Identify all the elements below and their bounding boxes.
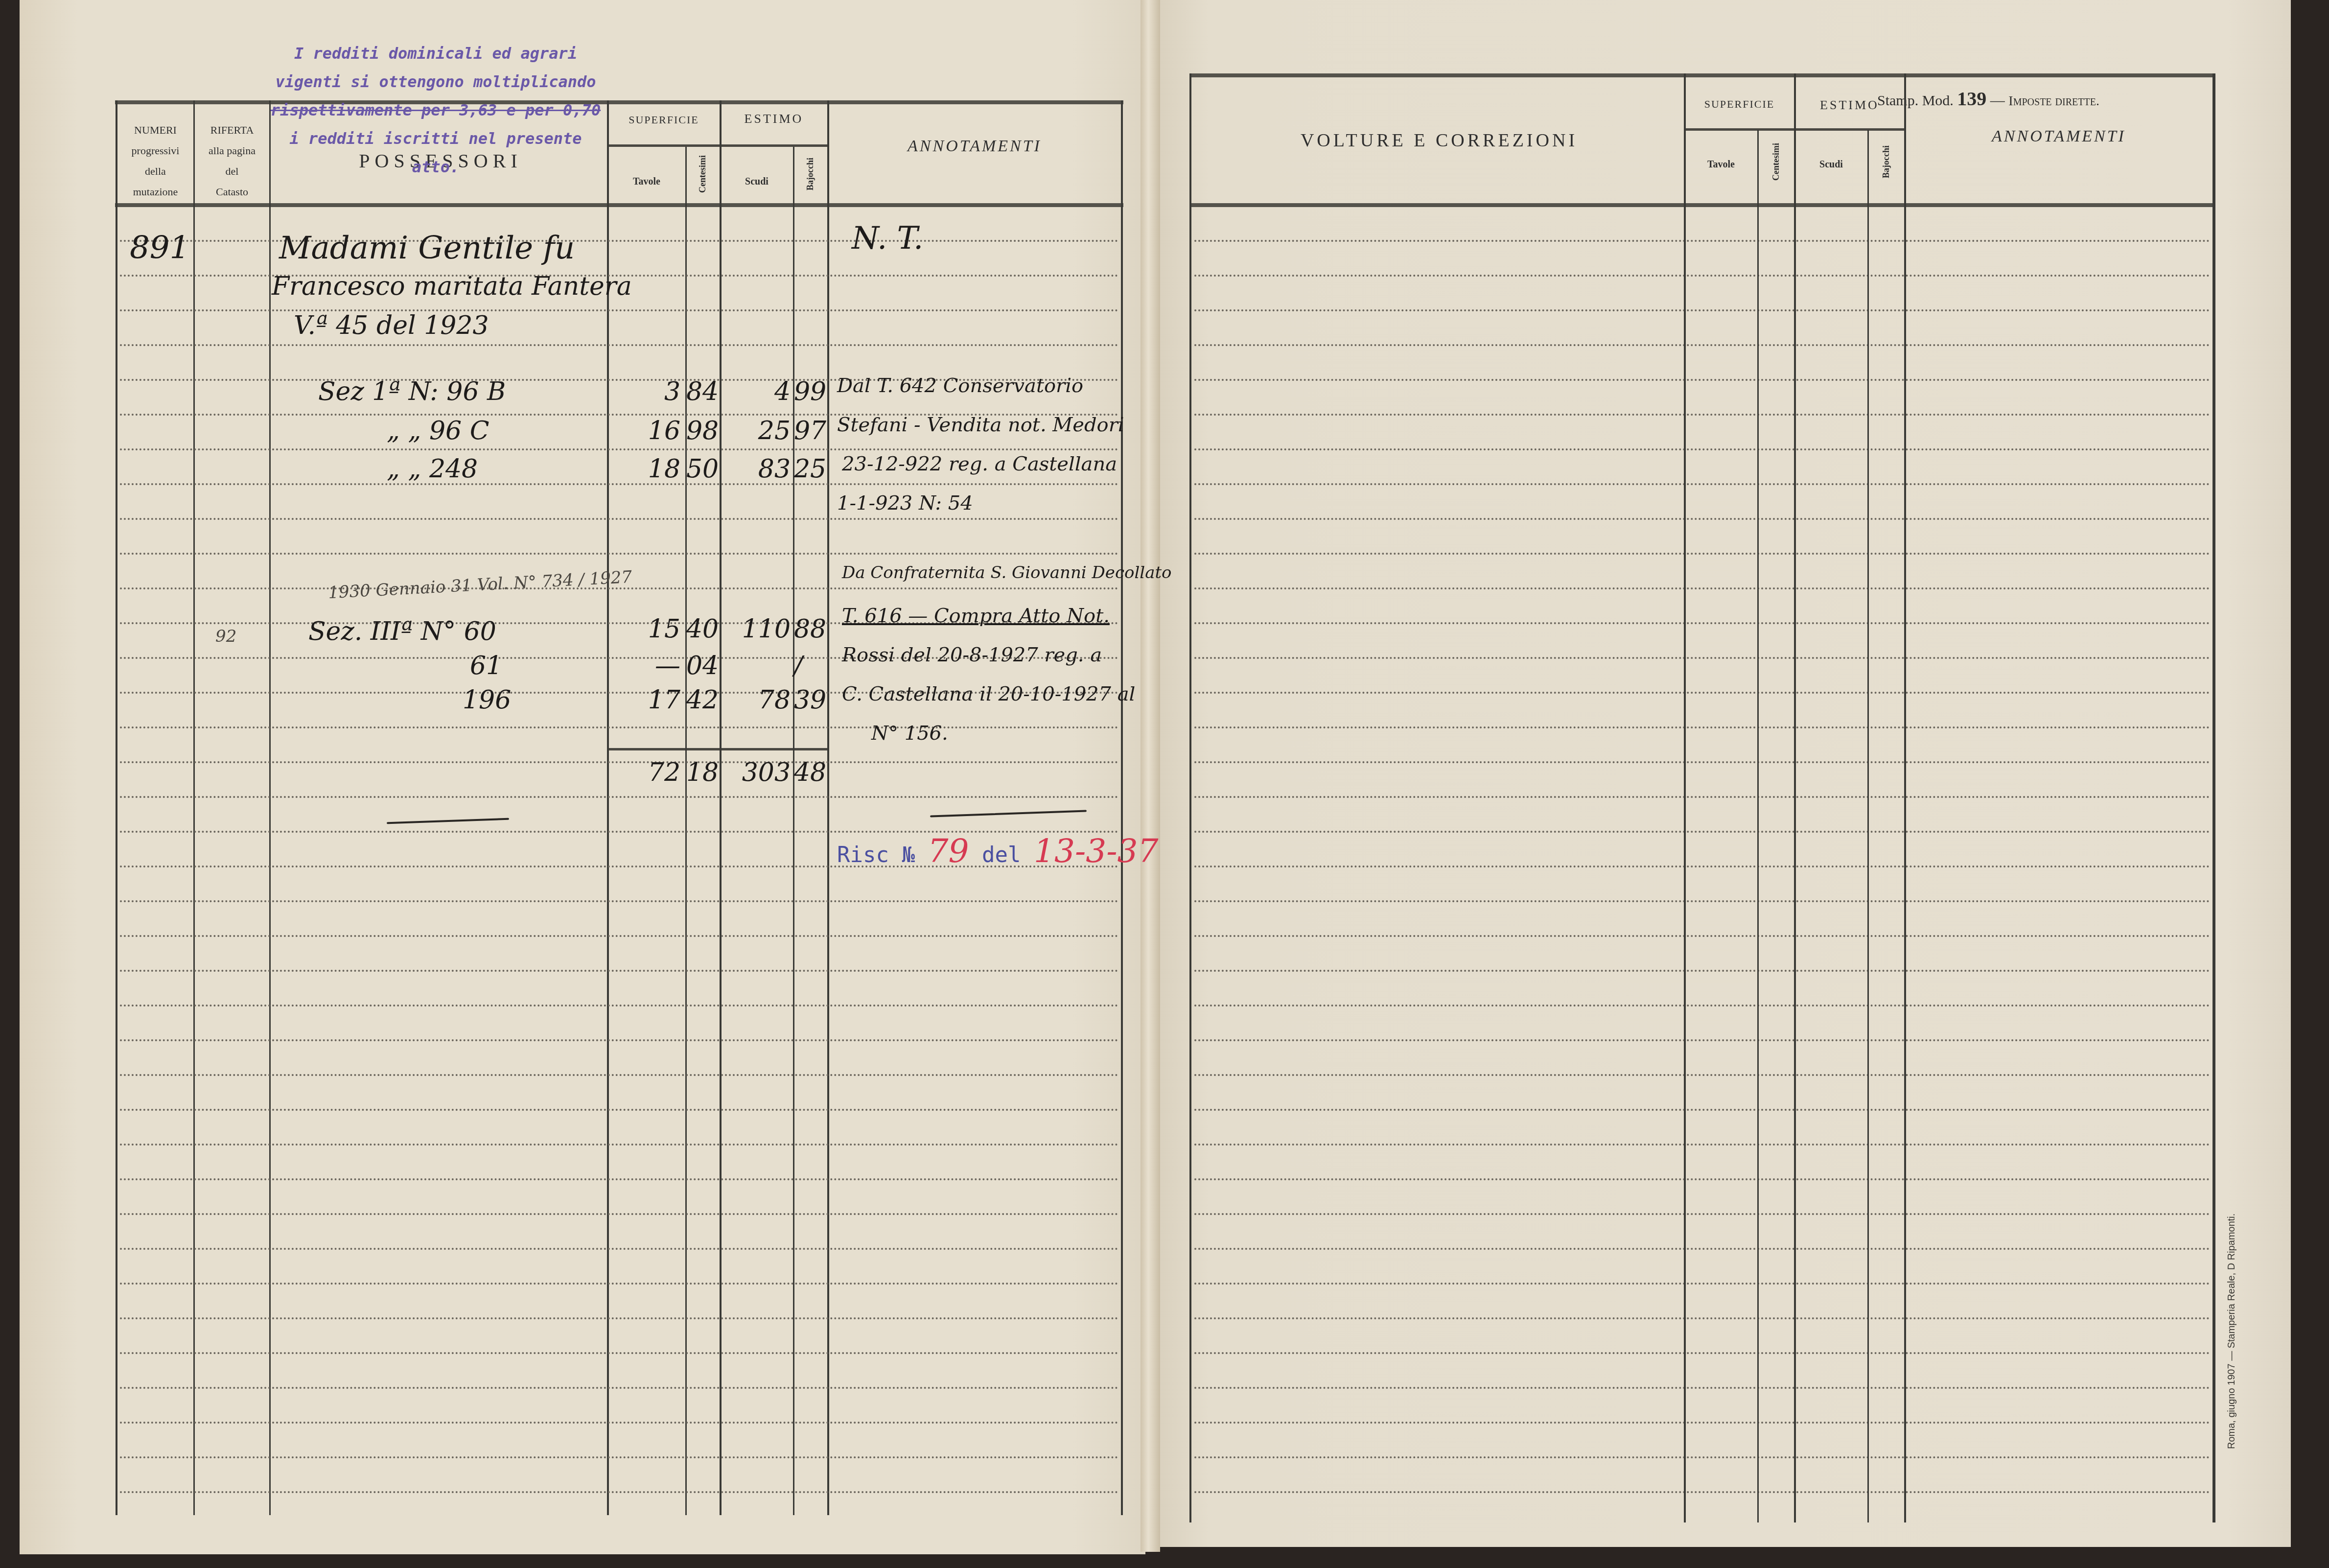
col-border <box>116 100 117 1515</box>
ruling-line <box>1194 622 2210 624</box>
total-centesimi: 18 <box>686 758 719 787</box>
risc-label: Risc № <box>837 843 915 867</box>
header-annotamenti: ANNOTAMENTI <box>1905 127 2213 146</box>
parcel-bajocchi: 39 <box>794 685 826 715</box>
header-scudi: Scudi <box>721 176 793 187</box>
parcel-centesimi: 42 <box>686 685 719 715</box>
risc-number: 79 <box>928 832 969 870</box>
header-estimo: ESTIMO <box>1795 98 1904 113</box>
ruling-line <box>1194 726 2210 728</box>
col-border <box>1121 100 1123 1515</box>
ruling-line <box>120 1248 1118 1250</box>
ruling-line <box>1194 518 2210 520</box>
parcel-bajocchi: 99 <box>794 377 826 406</box>
ruling-line <box>1194 900 2210 902</box>
annotation-line: 1-1-923 N: 54 <box>837 492 973 515</box>
ruling-line <box>1194 970 2210 972</box>
header-bajocchi: Bajocchi <box>1881 138 1891 187</box>
parcel-tavole: 16 <box>612 416 680 445</box>
parcel-centesimi: 98 <box>686 416 719 445</box>
ruling-line <box>1194 935 2210 937</box>
total-bajocchi: 48 <box>794 758 826 787</box>
ruling-line <box>120 1074 1118 1076</box>
ruling-line <box>1194 1352 2210 1354</box>
ruling-line <box>120 1178 1118 1180</box>
parcel-scudi: 83 <box>724 454 791 484</box>
printer-imprint: Roma, giugno 1907 — Stamperia Reale, D R… <box>2226 1214 2237 1449</box>
header-scudi: Scudi <box>1795 159 1867 170</box>
ruling-line <box>1194 587 2210 589</box>
ruling-line <box>1194 1074 2210 1076</box>
annotation-line: Stefani - Vendita not. Medori <box>837 414 1124 436</box>
header-line: mutazione <box>117 182 193 202</box>
col-border <box>193 100 195 1515</box>
header-line: Catasto <box>195 182 269 202</box>
ruling-line <box>120 1039 1118 1041</box>
ruling-line <box>120 448 1118 450</box>
header-bajocchi: Bajocchi <box>805 150 815 199</box>
ruling-line <box>120 1317 1118 1319</box>
parcel-desc: Sez. IIIª N° 60 <box>308 617 496 646</box>
col-border <box>269 100 271 1515</box>
ruling-line <box>1194 1039 2210 1041</box>
ruling-line <box>1194 275 2210 277</box>
header-bottom-border <box>115 203 1123 207</box>
ruling-line <box>1194 1005 2210 1006</box>
header-riferta: RIFERTA alla pagina del Catasto <box>195 120 269 202</box>
header-tavole: Tavole <box>1685 159 1757 170</box>
ruling-line <box>120 1456 1118 1458</box>
col-border <box>1757 130 1759 1522</box>
ruling-line <box>120 1352 1118 1354</box>
owner-line: V.ª 45 del 1923 <box>294 311 489 340</box>
parcel-centesimi: 40 <box>686 614 719 644</box>
ruling-line <box>1194 657 2210 659</box>
stamp-line: rispettivamente per 3,63 e per 0,70 <box>267 96 605 124</box>
col-border <box>827 100 829 1515</box>
ruling-line <box>1194 1178 2210 1180</box>
ruling-line <box>120 1387 1118 1389</box>
header-top-border <box>115 100 1123 104</box>
header-estimo: ESTIMO <box>721 112 827 126</box>
form-title: Imposte dirette. <box>2008 94 2099 109</box>
col-border <box>720 100 722 1515</box>
parcel-tavole: 3 <box>612 377 680 406</box>
ruling-line <box>1194 379 2210 381</box>
risc-stamp: Risc № 79 del 13-3-37 <box>837 832 1158 870</box>
risc-del-label: del <box>982 843 1021 867</box>
parcel-centesimi: 50 <box>686 454 719 484</box>
annotation-line: Rossi del 20-8-1927 reg. a <box>842 644 1102 666</box>
ruling-line <box>1194 553 2210 555</box>
parcel-tavole: 18 <box>612 454 680 484</box>
col-border <box>2213 73 2215 1522</box>
parcel-scudi: 25 <box>724 416 791 445</box>
ruling-line <box>1194 692 2210 694</box>
parcel-bajocchi: / <box>794 651 803 680</box>
parcel-desc: Sez 1ª N: 96 B <box>318 377 506 406</box>
riferta-page: 92 <box>215 627 236 646</box>
stamp-line: vigenti si ottengono moltiplicando <box>267 68 605 96</box>
ruling-line <box>1194 1248 2210 1250</box>
income-multiplier-stamp: I redditi dominicali ed agrari vigenti s… <box>267 39 605 181</box>
col-border <box>607 100 609 1515</box>
form-number: 139 <box>1957 88 1986 110</box>
header-line: del <box>195 161 269 182</box>
header-top-border <box>1189 73 2215 77</box>
ruling-line <box>1194 240 2210 242</box>
risc-date: 13-3-37 <box>1034 832 1159 870</box>
ruling-line <box>1194 344 2210 346</box>
ruling-line <box>1194 761 2210 763</box>
header-tavole: Tavole <box>608 176 685 187</box>
ruling-line <box>120 1422 1118 1424</box>
header-line: alla pagina <box>195 140 269 161</box>
ruling-line <box>1194 1144 2210 1146</box>
ruling-line <box>1194 1456 2210 1458</box>
header-line: della <box>117 161 193 182</box>
header-bottom-border <box>1189 203 2215 207</box>
ruling-line <box>1194 448 2210 450</box>
ruling-line <box>120 970 1118 972</box>
header-superficie: SUPERFICIE <box>1685 98 1794 111</box>
col-border <box>1867 130 1869 1522</box>
ruling-line <box>1194 1109 2210 1111</box>
annotation-line: Dal T. 642 Conservatorio <box>837 374 1083 397</box>
annotation-line: N° 156. <box>871 722 948 745</box>
ruling-line <box>120 1005 1118 1006</box>
ruling-line <box>120 240 1118 242</box>
ruling-line <box>120 796 1118 798</box>
parcel-desc: „ „ 96 C <box>387 416 489 445</box>
parcel-bajocchi: 25 <box>794 454 826 484</box>
header-line: RIFERTA <box>195 120 269 140</box>
col-border <box>1684 73 1686 1522</box>
ruling-line <box>120 935 1118 937</box>
parcel-tavole: 17 <box>612 685 680 715</box>
ruling-line <box>1194 309 2210 311</box>
ruling-line <box>1194 1317 2210 1319</box>
parcel-bajocchi: 88 <box>794 614 826 644</box>
header-numeri: NUMERI progressivi della mutazione <box>117 120 193 202</box>
ruling-line <box>1194 1491 2210 1493</box>
ruling-line <box>120 1109 1118 1111</box>
col-border <box>1794 73 1796 1522</box>
ruling-line <box>120 553 1118 555</box>
header-volture: VOLTURE E CORREZIONI <box>1194 130 1684 151</box>
header-line: progressivi <box>117 140 193 161</box>
book-spine <box>1141 0 1160 1552</box>
ruling-line <box>1194 831 2210 833</box>
parcel-scudi: 110 <box>724 614 791 644</box>
ruling-line <box>1194 1283 2210 1285</box>
ruling-line <box>1194 1213 2210 1215</box>
ruling-line <box>120 1144 1118 1146</box>
annotation-line: C. Castellana il 20-10-1927 al <box>842 683 1135 705</box>
annotation-nt: N. T. <box>852 220 923 257</box>
header-line: NUMERI <box>117 120 193 140</box>
annotation-line: T. 616 — Compra Atto Not. <box>842 605 1110 627</box>
total-tavole: 72 <box>612 758 680 787</box>
col-border <box>1904 73 1906 1522</box>
parcel-desc: 61 <box>470 651 502 680</box>
stamp-line: I redditi dominicali ed agrari <box>267 39 605 68</box>
ruling-line <box>120 900 1118 902</box>
owner-line: Francesco maritata Fantera <box>272 272 632 301</box>
form-separator: — <box>1990 93 2005 109</box>
ruling-line <box>1194 483 2210 485</box>
ruling-line <box>120 1213 1118 1215</box>
ruling-line <box>120 309 1118 311</box>
ruling-line <box>120 1491 1118 1493</box>
ruling-line <box>120 344 1118 346</box>
ruling-line <box>1194 414 2210 416</box>
col-border <box>1189 73 1191 1522</box>
ruling-line <box>120 587 1118 589</box>
owner-line: Madami Gentile fu <box>279 230 575 266</box>
parcel-bajocchi: 97 <box>794 416 826 445</box>
parcel-tavole: 15 <box>612 614 680 644</box>
ruling-line <box>1194 796 2210 798</box>
mutation-number: 891 <box>130 230 189 266</box>
ruling-line <box>1194 1387 2210 1389</box>
stamp-line: i redditi iscritti nel presente atto. <box>267 124 605 181</box>
parcel-scudi: 78 <box>724 685 791 715</box>
header-centesimi: Centesimi <box>698 150 708 199</box>
header-centesimi: Centesimi <box>1771 138 1781 187</box>
ruling-line <box>1194 866 2210 867</box>
ruling-line <box>120 1283 1118 1285</box>
parcel-centesimi: 04 <box>686 651 719 680</box>
ruling-line <box>120 518 1118 520</box>
parcel-tavole: — <box>612 651 680 680</box>
right-page <box>1150 0 2291 1547</box>
parcel-desc: 196 <box>463 685 511 715</box>
ruling-line <box>1194 1422 2210 1424</box>
parcel-scudi: 4 <box>724 377 791 406</box>
form-identifier: Stamp. Mod. 139 — Imposte dirette. <box>1877 87 2099 110</box>
header-superficie: SUPERFICIE <box>608 114 720 126</box>
annotation-line: 23-12-922 reg. a Castellana <box>842 453 1117 475</box>
annotation-line: Da Confraternita S. Giovanni Decollato <box>842 563 1172 583</box>
parcel-desc: „ „ 248 <box>387 454 478 484</box>
total-scudi: 303 <box>722 758 791 787</box>
header-annotamenti: ANNOTAMENTI <box>828 137 1121 156</box>
parcel-centesimi: 84 <box>686 377 719 406</box>
ruling-line <box>120 726 1118 728</box>
